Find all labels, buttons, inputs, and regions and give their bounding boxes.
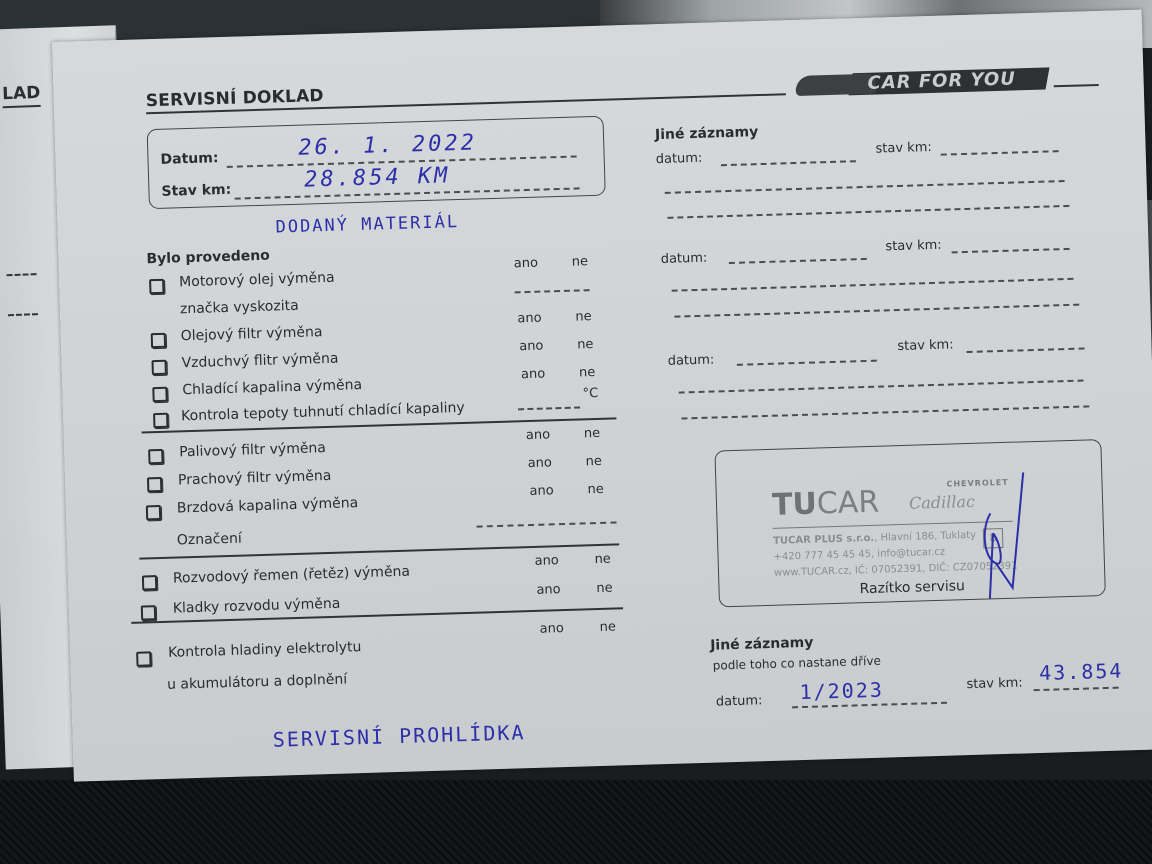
background-car-seat bbox=[0, 780, 1152, 864]
option-yes[interactable]: ano bbox=[521, 367, 546, 383]
date-field[interactable]: 26. 1. 2022 bbox=[298, 130, 477, 160]
sports-car-icon bbox=[795, 74, 876, 96]
item-motor-oil: Motorový olej výměna bbox=[179, 270, 335, 291]
checkbox-timing-belt[interactable] bbox=[142, 575, 157, 590]
item-coolant: Chladící kapalina výměna bbox=[182, 377, 362, 398]
option-yes[interactable]: ano bbox=[519, 339, 544, 355]
item-timing-belt: Rozvodový řemen (řetěz) výměna bbox=[173, 564, 411, 587]
service-stamp-box: TUCAR CHEVROLET Cadillac TUCAR PLUS s.r.… bbox=[714, 439, 1105, 607]
next-service-km-line bbox=[1034, 687, 1119, 692]
other-records-km-label: stav km: bbox=[897, 337, 954, 354]
option-yes[interactable]: ano bbox=[539, 621, 564, 637]
service-date-box: Datum: 26. 1. 2022 Stav km: 28.854 KM bbox=[147, 116, 606, 210]
option-yes[interactable]: ano bbox=[529, 483, 554, 499]
tucar-logo-rest: CAR bbox=[816, 485, 879, 522]
other-records-date-field[interactable] bbox=[721, 160, 856, 166]
item-marking: Označení bbox=[177, 531, 242, 549]
previous-page-blank bbox=[7, 273, 37, 276]
option-no[interactable]: ne bbox=[599, 620, 616, 635]
car-for-you-logo: CAR FOR YOU bbox=[795, 64, 1048, 97]
previous-page-blank bbox=[8, 313, 38, 316]
checkbox-coolant-freeze-check[interactable] bbox=[153, 413, 168, 428]
marking-field[interactable] bbox=[477, 521, 617, 527]
unit-celsius: °C bbox=[582, 386, 598, 401]
viscosity-field[interactable] bbox=[515, 289, 590, 293]
option-no[interactable]: ne bbox=[575, 309, 592, 324]
checkbox-motor-oil[interactable] bbox=[149, 279, 164, 294]
checkbox-cabin-filter[interactable] bbox=[147, 477, 162, 492]
next-service-km-field[interactable]: 43.854 bbox=[1039, 658, 1124, 684]
item-viscosity: značka vyskozita bbox=[180, 298, 299, 318]
item-air-filter: Vzduchvý flitr výměna bbox=[181, 351, 338, 372]
other-records-km-field[interactable] bbox=[941, 150, 1059, 155]
other-records-km-field[interactable] bbox=[967, 348, 1085, 353]
stamp-contact-line: +420 777 45 45 45, info@tucar.cz bbox=[773, 547, 945, 563]
tucar-logo-bold: TU bbox=[772, 487, 818, 523]
date-label: Datum: bbox=[160, 150, 218, 168]
item-brake-fluid: Brzdová kapalina výměna bbox=[177, 495, 359, 516]
other-records-date-label: datum: bbox=[668, 352, 715, 368]
checkbox-battery-electrolyte[interactable] bbox=[136, 651, 151, 666]
next-service-date-label: datum: bbox=[716, 693, 763, 709]
header-rule bbox=[1054, 84, 1099, 87]
option-no[interactable]: ne bbox=[579, 365, 596, 380]
option-no[interactable]: ne bbox=[585, 454, 602, 469]
handwritten-note-material: DODANÝ MATERIÁL bbox=[275, 212, 459, 237]
km-field[interactable]: 28.854 KM bbox=[304, 163, 451, 192]
option-yes[interactable]: ano bbox=[527, 455, 552, 471]
next-service-km-label: stav km: bbox=[966, 675, 1023, 692]
other-records-date-label: datum: bbox=[660, 251, 707, 267]
stamp-company-name: TUCAR PLUS s.r.o. bbox=[773, 533, 874, 547]
item-cabin-filter: Prachový filtr výměna bbox=[178, 468, 332, 489]
checkbox-coolant[interactable] bbox=[152, 387, 167, 402]
checkbox-timing-pulleys[interactable] bbox=[141, 605, 156, 620]
item-fuel-filter: Palivový filtr výměna bbox=[179, 440, 326, 460]
checkbox-air-filter[interactable] bbox=[151, 360, 166, 375]
other-records-note-line[interactable] bbox=[681, 405, 1089, 419]
other-records-km-label: stav km: bbox=[875, 140, 932, 157]
checkbox-fuel-filter[interactable] bbox=[148, 449, 163, 464]
next-service-date-field[interactable]: 1/2023 bbox=[799, 678, 884, 704]
service-record-page: SERVISNÍ DOKLAD CAR FOR YOU Datum: 26. 1… bbox=[52, 10, 1152, 782]
stamp-company-line: TUCAR PLUS s.r.o., Hlavní 186, Tuklaty bbox=[773, 530, 976, 547]
option-no[interactable]: ne bbox=[587, 482, 604, 497]
handwritten-note-service-inspection: SERVISNÍ PROHLÍDKA bbox=[272, 720, 525, 751]
other-records-note-line[interactable] bbox=[679, 380, 1084, 394]
next-service-title: Jiné záznamy bbox=[710, 635, 814, 654]
option-yes[interactable]: ano bbox=[514, 256, 539, 272]
item-oil-filter: Olejový filtr výměna bbox=[181, 324, 323, 344]
stamp-address: , Hlavní 186, Tuklaty bbox=[874, 530, 976, 544]
logo-text: CAR FOR YOU bbox=[867, 68, 1016, 93]
next-service-subtitle: podle toho co nastane dříve bbox=[713, 654, 881, 673]
other-records-date-field[interactable] bbox=[729, 258, 867, 264]
item-timing-pulleys: Kladky rozvodu výměna bbox=[173, 596, 341, 617]
option-no[interactable]: ne bbox=[572, 254, 589, 269]
option-no[interactable]: ne bbox=[596, 581, 613, 596]
option-yes[interactable]: ano bbox=[517, 311, 542, 327]
option-yes[interactable]: ano bbox=[526, 427, 551, 443]
checkbox-oil-filter[interactable] bbox=[151, 333, 166, 348]
option-no[interactable]: ne bbox=[584, 426, 601, 441]
signature-icon bbox=[971, 472, 1035, 604]
other-records-date-label: datum: bbox=[656, 151, 703, 167]
cadillac-text: Cadillac bbox=[909, 492, 975, 513]
other-records-km-label: stav km: bbox=[885, 238, 942, 255]
other-records-note-line[interactable] bbox=[665, 180, 1065, 194]
option-yes[interactable]: ano bbox=[536, 582, 561, 598]
other-records-note-line[interactable] bbox=[667, 205, 1069, 219]
option-yes[interactable]: ano bbox=[534, 553, 559, 569]
stamp-label: Razítko servisu bbox=[859, 578, 965, 597]
other-records-title: Jiné záznamy bbox=[655, 124, 759, 143]
option-no[interactable]: ne bbox=[594, 552, 611, 567]
checklist-title: Bylo provedeno bbox=[146, 248, 270, 268]
other-records-date-field[interactable] bbox=[737, 360, 877, 366]
previous-page-title-fragment: LAD bbox=[2, 83, 41, 108]
other-records-km-field[interactable] bbox=[952, 248, 1070, 253]
item-coolant-freeze-check: Kontrola tepoty tuhnutí chladící kapalin… bbox=[181, 400, 465, 424]
other-records-note-line[interactable] bbox=[674, 304, 1079, 318]
item-battery-electrolyte: Kontrola hladiny elektrolytu bbox=[168, 639, 362, 661]
other-records-note-line[interactable] bbox=[672, 278, 1074, 292]
km-label: Stav km: bbox=[161, 182, 231, 200]
freeze-temp-field[interactable] bbox=[518, 406, 580, 410]
checkbox-brake-fluid[interactable] bbox=[146, 505, 161, 520]
item-battery-refill: u akumulátoru a doplnění bbox=[167, 672, 347, 693]
tucar-logo: TUCAR bbox=[772, 485, 880, 523]
option-no[interactable]: ne bbox=[577, 337, 594, 352]
